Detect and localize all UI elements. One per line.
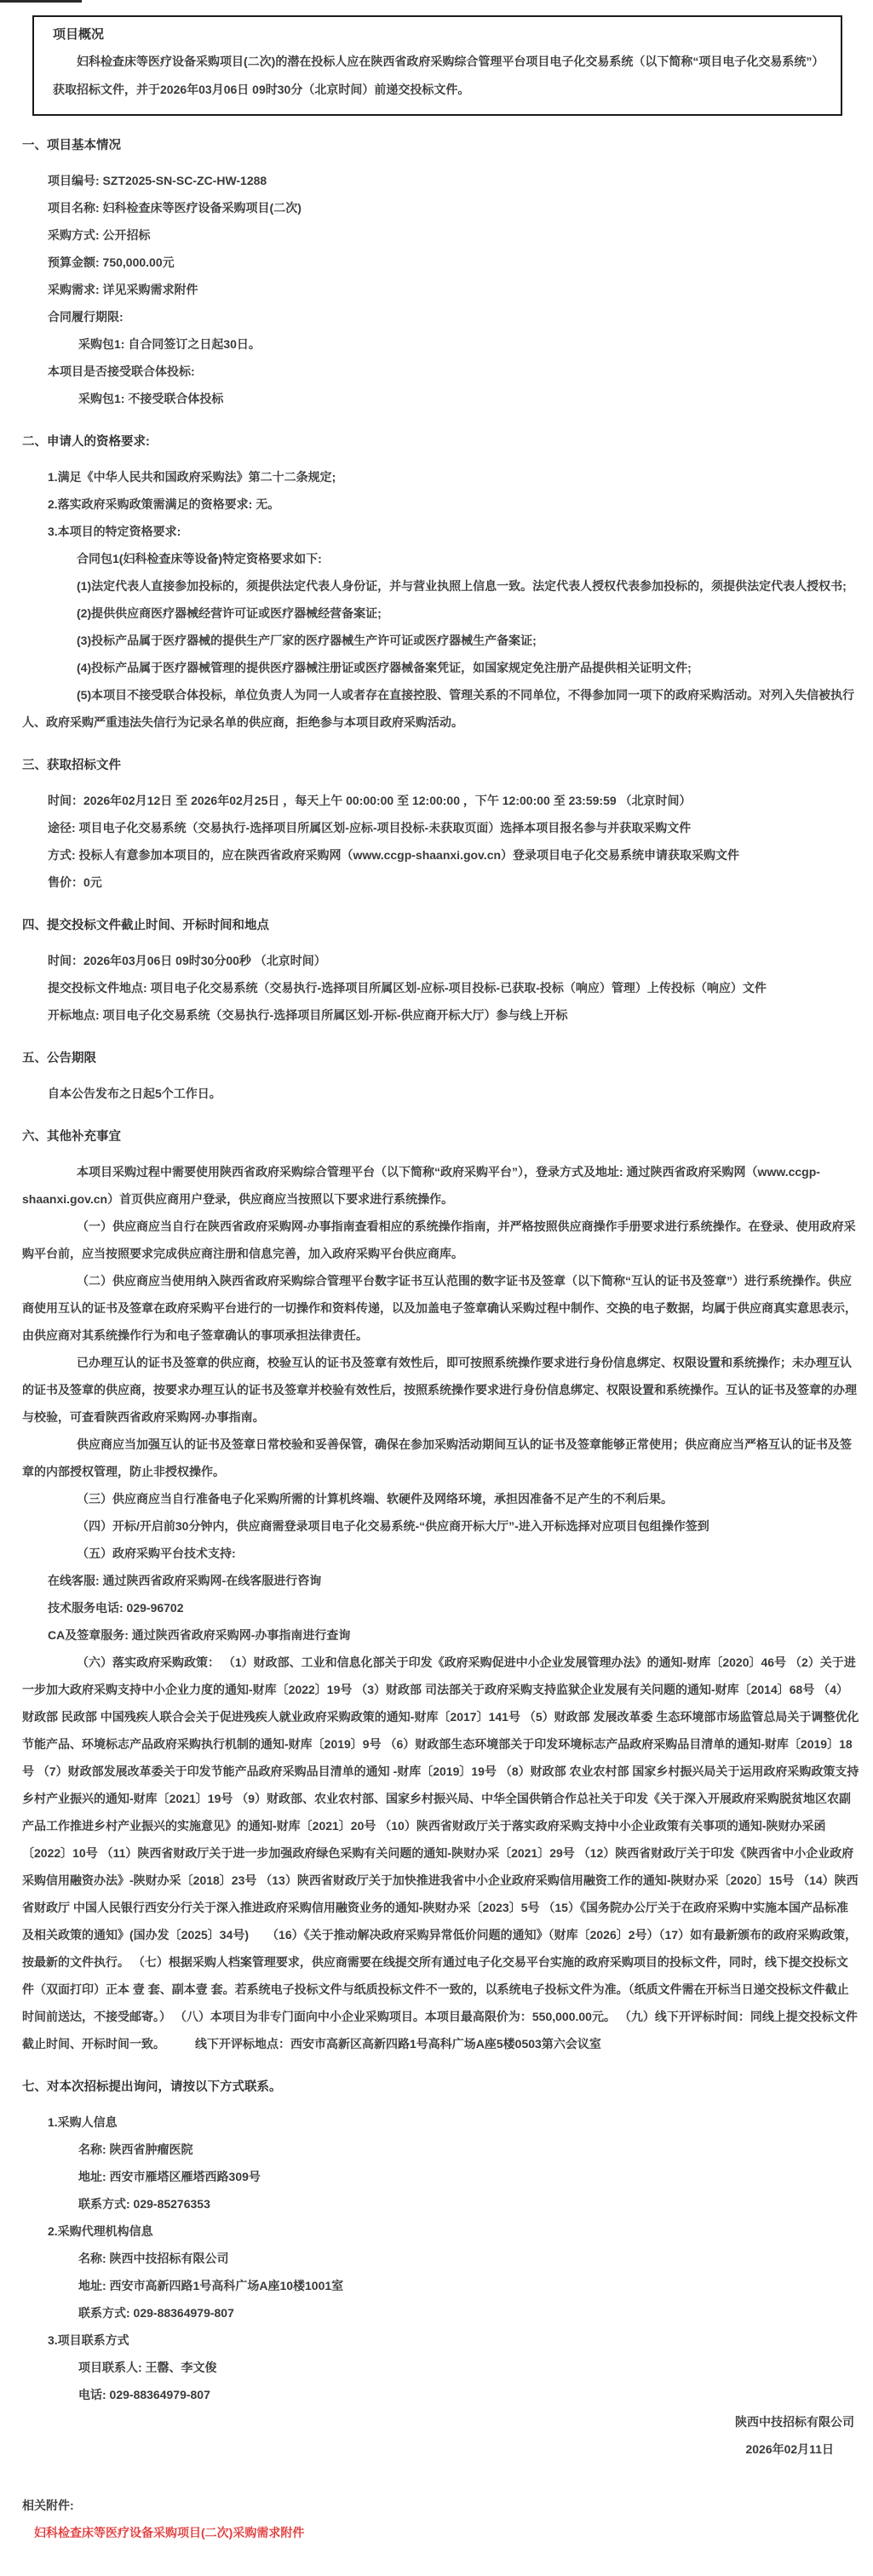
section-1-heading: 一、项目基本情况 [22, 132, 859, 159]
attachments-heading: 相关附件: [22, 2492, 859, 2519]
purchaser-phone: 联系方式: 029-85276353 [78, 2190, 859, 2217]
overview-body: 妇科检查床等医疗设备采购项目(二次)的潜在投标人应在陕西省政府采购综合管理平台项… [53, 48, 824, 104]
project-name: 项目名称: 妇科检查床等医疗设备采购项目(二次) [48, 194, 859, 221]
agency-name: 名称: 陕西中技招标有限公司 [78, 2245, 859, 2272]
agency-phone: 联系方式: 029-88364979-807 [78, 2299, 859, 2326]
doc-method: 方式: 投标人有意参加本项目的，应在陕西省政府采购网（www.ccgp-shaa… [48, 841, 859, 869]
procurement-demand: 采购需求: 详见采购需求附件 [48, 276, 859, 303]
announcement-body: 一、项目基本情况 项目编号: SZT2025-SN-SC-ZC-HW-1288 … [0, 132, 873, 2546]
pkg1-qualification-intro: 合同包1(妇科检查床等设备)特定资格要求如下: [22, 545, 859, 572]
ca-signature-service: CA及签章服务: 通过陕西省政府采购网-办事指南进行查询 [48, 1621, 859, 1649]
clipped-content-above [0, 0, 82, 3]
attachment-link[interactable]: 妇科检查床等医疗设备采购项目(二次)采购需求附件 [34, 2519, 304, 2546]
supplement-p6: （三）供应商应当自行准备电子化采购所需的计算机终端、软硬件及网络环境，承担因准备… [22, 1485, 859, 1512]
doc-price: 售价：0元 [48, 869, 859, 896]
section-7-heading: 七、对本次招标提出询问，请按以下方式联系。 [22, 2074, 859, 2101]
project-overview-box: 项目概况 妇科检查床等医疗设备采购项目(二次)的潜在投标人应在陕西省政府采购综合… [32, 15, 842, 116]
supplement-p1: 本项目采购过程中需要使用陕西省政府采购综合管理平台（以下简称“政府采购平台”），… [22, 1158, 859, 1213]
deadline-time: 时间：2026年03月06日 09时30分00秒 （北京时间） [48, 947, 859, 974]
doc-channel: 途径: 项目电子化交易系统（交易执行-选择项目所属区划-应标-项目投标-未获取页… [48, 814, 859, 841]
tech-phone: 技术服务电话: 029-96702 [48, 1594, 859, 1621]
procurement-method: 采购方式: 公开招标 [48, 221, 859, 249]
signature-company: 陕西中技招标有限公司 [22, 2408, 859, 2435]
pkg1-req-3: (3)投标产品属于医疗器械的提供生产厂家的医疗器械生产许可证或医疗器械生产备案证… [22, 627, 859, 654]
signature-date: 2026年02月11日 [22, 2435, 859, 2463]
qualification-3: 3.本项目的特定资格要求: [48, 518, 859, 545]
agency-title: 2.采购代理机构信息 [48, 2217, 859, 2245]
policy-paragraph: （六）落实政府采购政策： （1）财政部、工业和信息化部关于印发《政府采购促进中小… [22, 1649, 859, 2057]
purchaser-name: 名称: 陕西省肿瘤医院 [78, 2136, 859, 2163]
pkg1-req-1: (1)法定代表人直接参加投标的，须提供法定代表人身份证，并与营业执照上信息一致。… [22, 572, 859, 600]
joint-bid-pkg1: 采购包1: 不接受联合体投标 [78, 385, 859, 412]
section-2-heading: 二、申请人的资格要求: [22, 428, 859, 456]
tender-announcement-page: { "colors": { "text": "#3a3a3a", "headin… [0, 0, 873, 2576]
supplement-p5: 供应商应当加强互认的证书及签章日常校验和妥善保管，确保在参加采购活动期间互认的证… [22, 1431, 859, 1485]
project-contact-phone: 电话: 029-88364979-807 [78, 2381, 859, 2408]
supplement-p3: （二）供应商应当使用纳入陕西省政府采购综合管理平台数字证书互认范围的数字证书及签… [22, 1267, 859, 1349]
open-place: 开标地点: 项目电子化交易系统（交易执行-选择项目所属区划-开标-供应商开标大厅… [48, 1001, 859, 1029]
project-contact-person: 项目联系人: 王罄、李文俊 [78, 2354, 859, 2381]
section-5-heading: 五、公告期限 [22, 1045, 859, 1072]
tech-support-label: （五）政府采购平台技术支持: [22, 1540, 859, 1567]
online-service: 在线客服: 通过陕西省政府采购网-在线客服进行咨询 [48, 1567, 859, 1594]
pkg1-req-4: (4)投标产品属于医疗器械管理的提供医疗器械注册证或医疗器械备案凭证，如国家规定… [22, 654, 859, 681]
supplement-p4: 已办理互认的证书及签章的供应商，校验互认的证书及签章有效性后，即可按照系统操作要… [22, 1349, 859, 1431]
project-contact-title: 3.项目联系方式 [48, 2326, 859, 2354]
budget-amount: 预算金额: 750,000.00元 [48, 249, 859, 276]
joint-bid-label: 本项目是否接受联合体投标: [48, 358, 859, 385]
contract-term-label: 合同履行期限: [48, 303, 859, 330]
section-3-heading: 三、获取招标文件 [22, 752, 859, 779]
qualification-1: 1.满足《中华人民共和国政府采购法》第二十二条规定; [48, 463, 859, 491]
qualification-2: 2.落实政府采购政策需满足的资格要求: 无。 [48, 491, 859, 518]
agency-address: 地址: 西安市高新四路1号高科广场A座10楼1001室 [78, 2272, 859, 2299]
doc-time: 时间：2026年02月12日 至 2026年02月25日 ，每天上午 00:00… [48, 787, 859, 814]
section-6-heading: 六、其他补充事宜 [22, 1123, 859, 1150]
project-number: 项目编号: SZT2025-SN-SC-ZC-HW-1288 [48, 167, 859, 194]
pkg1-req-5: (5)本项目不接受联合体投标，单位负责人为同一人或者存在直接控股、管理关系的不同… [22, 681, 859, 736]
overview-title: 项目概况 [53, 22, 824, 48]
contract-term-pkg1: 采购包1: 自合同签订之日起30日。 [78, 330, 859, 358]
supplement-p2: （一）供应商应当自行在陕西省政府采购网-办事指南查看相应的系统操作指南，并严格按… [22, 1213, 859, 1267]
submit-place: 提交投标文件地点: 项目电子化交易系统（交易执行-选择项目所属区划-应标-项目投… [48, 974, 859, 1001]
section-4-heading: 四、提交投标文件截止时间、开标时间和地点 [22, 912, 859, 939]
purchaser-address: 地址: 西安市雁塔区雁塔西路309号 [78, 2163, 859, 2190]
pkg1-req-2: (2)提供供应商医疗器械经营许可证或医疗器械经营备案证; [22, 600, 859, 627]
announcement-period: 自本公告发布之日起5个工作日。 [48, 1080, 859, 1107]
purchaser-title: 1.采购人信息 [48, 2108, 859, 2136]
supplement-p7: （四）开标/开启前30分钟内，供应商需登录项目电子化交易系统-“供应商开标大厅”… [22, 1512, 859, 1540]
